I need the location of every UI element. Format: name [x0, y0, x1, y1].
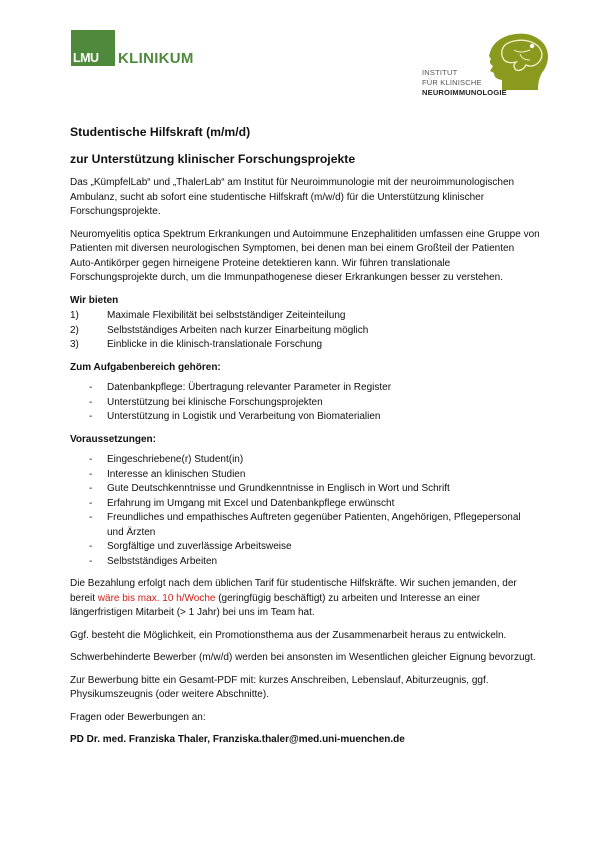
list-number: 1): [70, 309, 107, 324]
institute-logo-text: INSTITUT FÜR KLINISCHE NEUROIMMUNOLOGIE: [422, 68, 507, 98]
list-item: -Freundliches und empathisches Auftreten…: [70, 511, 540, 540]
list-text: Unterstützung in Logistik und Verarbeitu…: [107, 410, 381, 425]
lmu-klinikum-logo: LMU KLINIKUM: [71, 30, 194, 66]
institute-line-3: NEUROIMMUNOLOGIE: [422, 88, 507, 98]
dash-bullet: -: [70, 468, 107, 483]
lmu-logo-text: LMU: [73, 51, 99, 65]
page-title: Studentische Hilfskraft (m/m/d): [70, 125, 540, 140]
background-paragraph: Neuromyelitis optica Spektrum Erkrankung…: [70, 228, 540, 286]
offer-heading: Wir bieten: [70, 294, 540, 309]
tasks-heading: Zum Aufgabenbereich gehören:: [70, 361, 540, 376]
list-text: Freundliches und empathisches Auftreten …: [107, 511, 540, 540]
list-item: -Selbstständiges Arbeiten: [70, 555, 540, 570]
list-item: 3)Einblicke in die klinisch-translationa…: [70, 338, 540, 353]
list-text: Sorgfältige und zuverlässige Arbeitsweis…: [107, 540, 292, 555]
list-text: Selbstständiges Arbeiten: [107, 555, 217, 570]
list-item: -Erfahrung im Umgang mit Excel und Daten…: [70, 497, 540, 512]
lmu-wordmark: KLINIKUM: [118, 52, 194, 66]
institute-line-1: INSTITUT: [422, 68, 507, 78]
list-text: Einblicke in die klinisch-translationale…: [107, 338, 322, 353]
dash-bullet: -: [70, 396, 107, 411]
dash-bullet: -: [70, 410, 107, 425]
contact-line: PD Dr. med. Franziska Thaler, Franziska.…: [70, 733, 540, 748]
dash-bullet: -: [70, 511, 107, 540]
list-text: Selbstständiges Arbeiten nach kurzer Ein…: [107, 324, 368, 339]
document-page: LMU KLINIKUM INSTITUT FÜR KLINISCHE NEUR…: [0, 0, 595, 841]
list-item: -Unterstützung bei klinische Forschungsp…: [70, 396, 540, 411]
offer-list: 1)Maximale Flexibilität bei selbstständi…: [70, 309, 540, 353]
application-paragraph: Zur Bewerbung bitte ein Gesamt-PDF mit: …: [70, 674, 540, 703]
list-text: Unterstützung bei klinische Forschungspr…: [107, 396, 323, 411]
dash-bullet: -: [70, 381, 107, 396]
list-item: 1)Maximale Flexibilität bei selbstständi…: [70, 309, 540, 324]
page-subtitle: zur Unterstützung klinischer Forschungsp…: [70, 152, 540, 167]
institute-line-2: FÜR KLINISCHE: [422, 78, 507, 88]
list-number: 2): [70, 324, 107, 339]
list-text: Erfahrung im Umgang mit Excel und Datenb…: [107, 497, 394, 512]
list-text: Eingeschriebene(r) Student(in): [107, 453, 243, 468]
list-text: Interesse an klinischen Studien: [107, 468, 245, 483]
list-item: -Gute Deutschkenntnisse und Grundkenntni…: [70, 482, 540, 497]
intro-paragraph: Das „KümpfelLab“ und „ThalerLab“ am Inst…: [70, 176, 540, 220]
list-text: Gute Deutschkenntnisse und Grundkenntnis…: [107, 482, 450, 497]
payment-paragraph: Die Bezahlung erfolgt nach dem üblichen …: [70, 577, 540, 621]
disability-paragraph: Schwerbehinderte Bewerber (m/w/d) werden…: [70, 651, 540, 666]
list-number: 3): [70, 338, 107, 353]
document-body: Studentische Hilfskraft (m/m/d) zur Unte…: [70, 125, 540, 756]
list-item: -Eingeschriebene(r) Student(in): [70, 453, 540, 468]
requirements-list: -Eingeschriebene(r) Student(in) -Interes…: [70, 453, 540, 569]
dash-bullet: -: [70, 453, 107, 468]
list-item: 2)Selbstständiges Arbeiten nach kurzer E…: [70, 324, 540, 339]
list-item: -Interesse an klinischen Studien: [70, 468, 540, 483]
dash-bullet: -: [70, 555, 107, 570]
list-item: -Datenbankpflege: Übertragung relevanter…: [70, 381, 540, 396]
list-item: -Sorgfältige und zuverlässige Arbeitswei…: [70, 540, 540, 555]
tasks-list: -Datenbankpflege: Übertragung relevanter…: [70, 381, 540, 425]
phd-paragraph: Ggf. besteht die Möglichkeit, ein Promot…: [70, 629, 540, 644]
questions-paragraph: Fragen oder Bewerbungen an:: [70, 711, 540, 726]
dash-bullet: -: [70, 540, 107, 555]
hours-highlight: wäre bis max. 10 h/Woche: [98, 593, 216, 604]
list-item: -Unterstützung in Logistik und Verarbeit…: [70, 410, 540, 425]
list-text: Maximale Flexibilität bei selbstständige…: [107, 309, 345, 324]
dash-bullet: -: [70, 497, 107, 512]
requirements-heading: Voraussetzungen:: [70, 433, 540, 448]
list-text: Datenbankpflege: Übertragung relevanter …: [107, 381, 391, 396]
lmu-logo-box: LMU: [71, 30, 115, 66]
dash-bullet: -: [70, 482, 107, 497]
